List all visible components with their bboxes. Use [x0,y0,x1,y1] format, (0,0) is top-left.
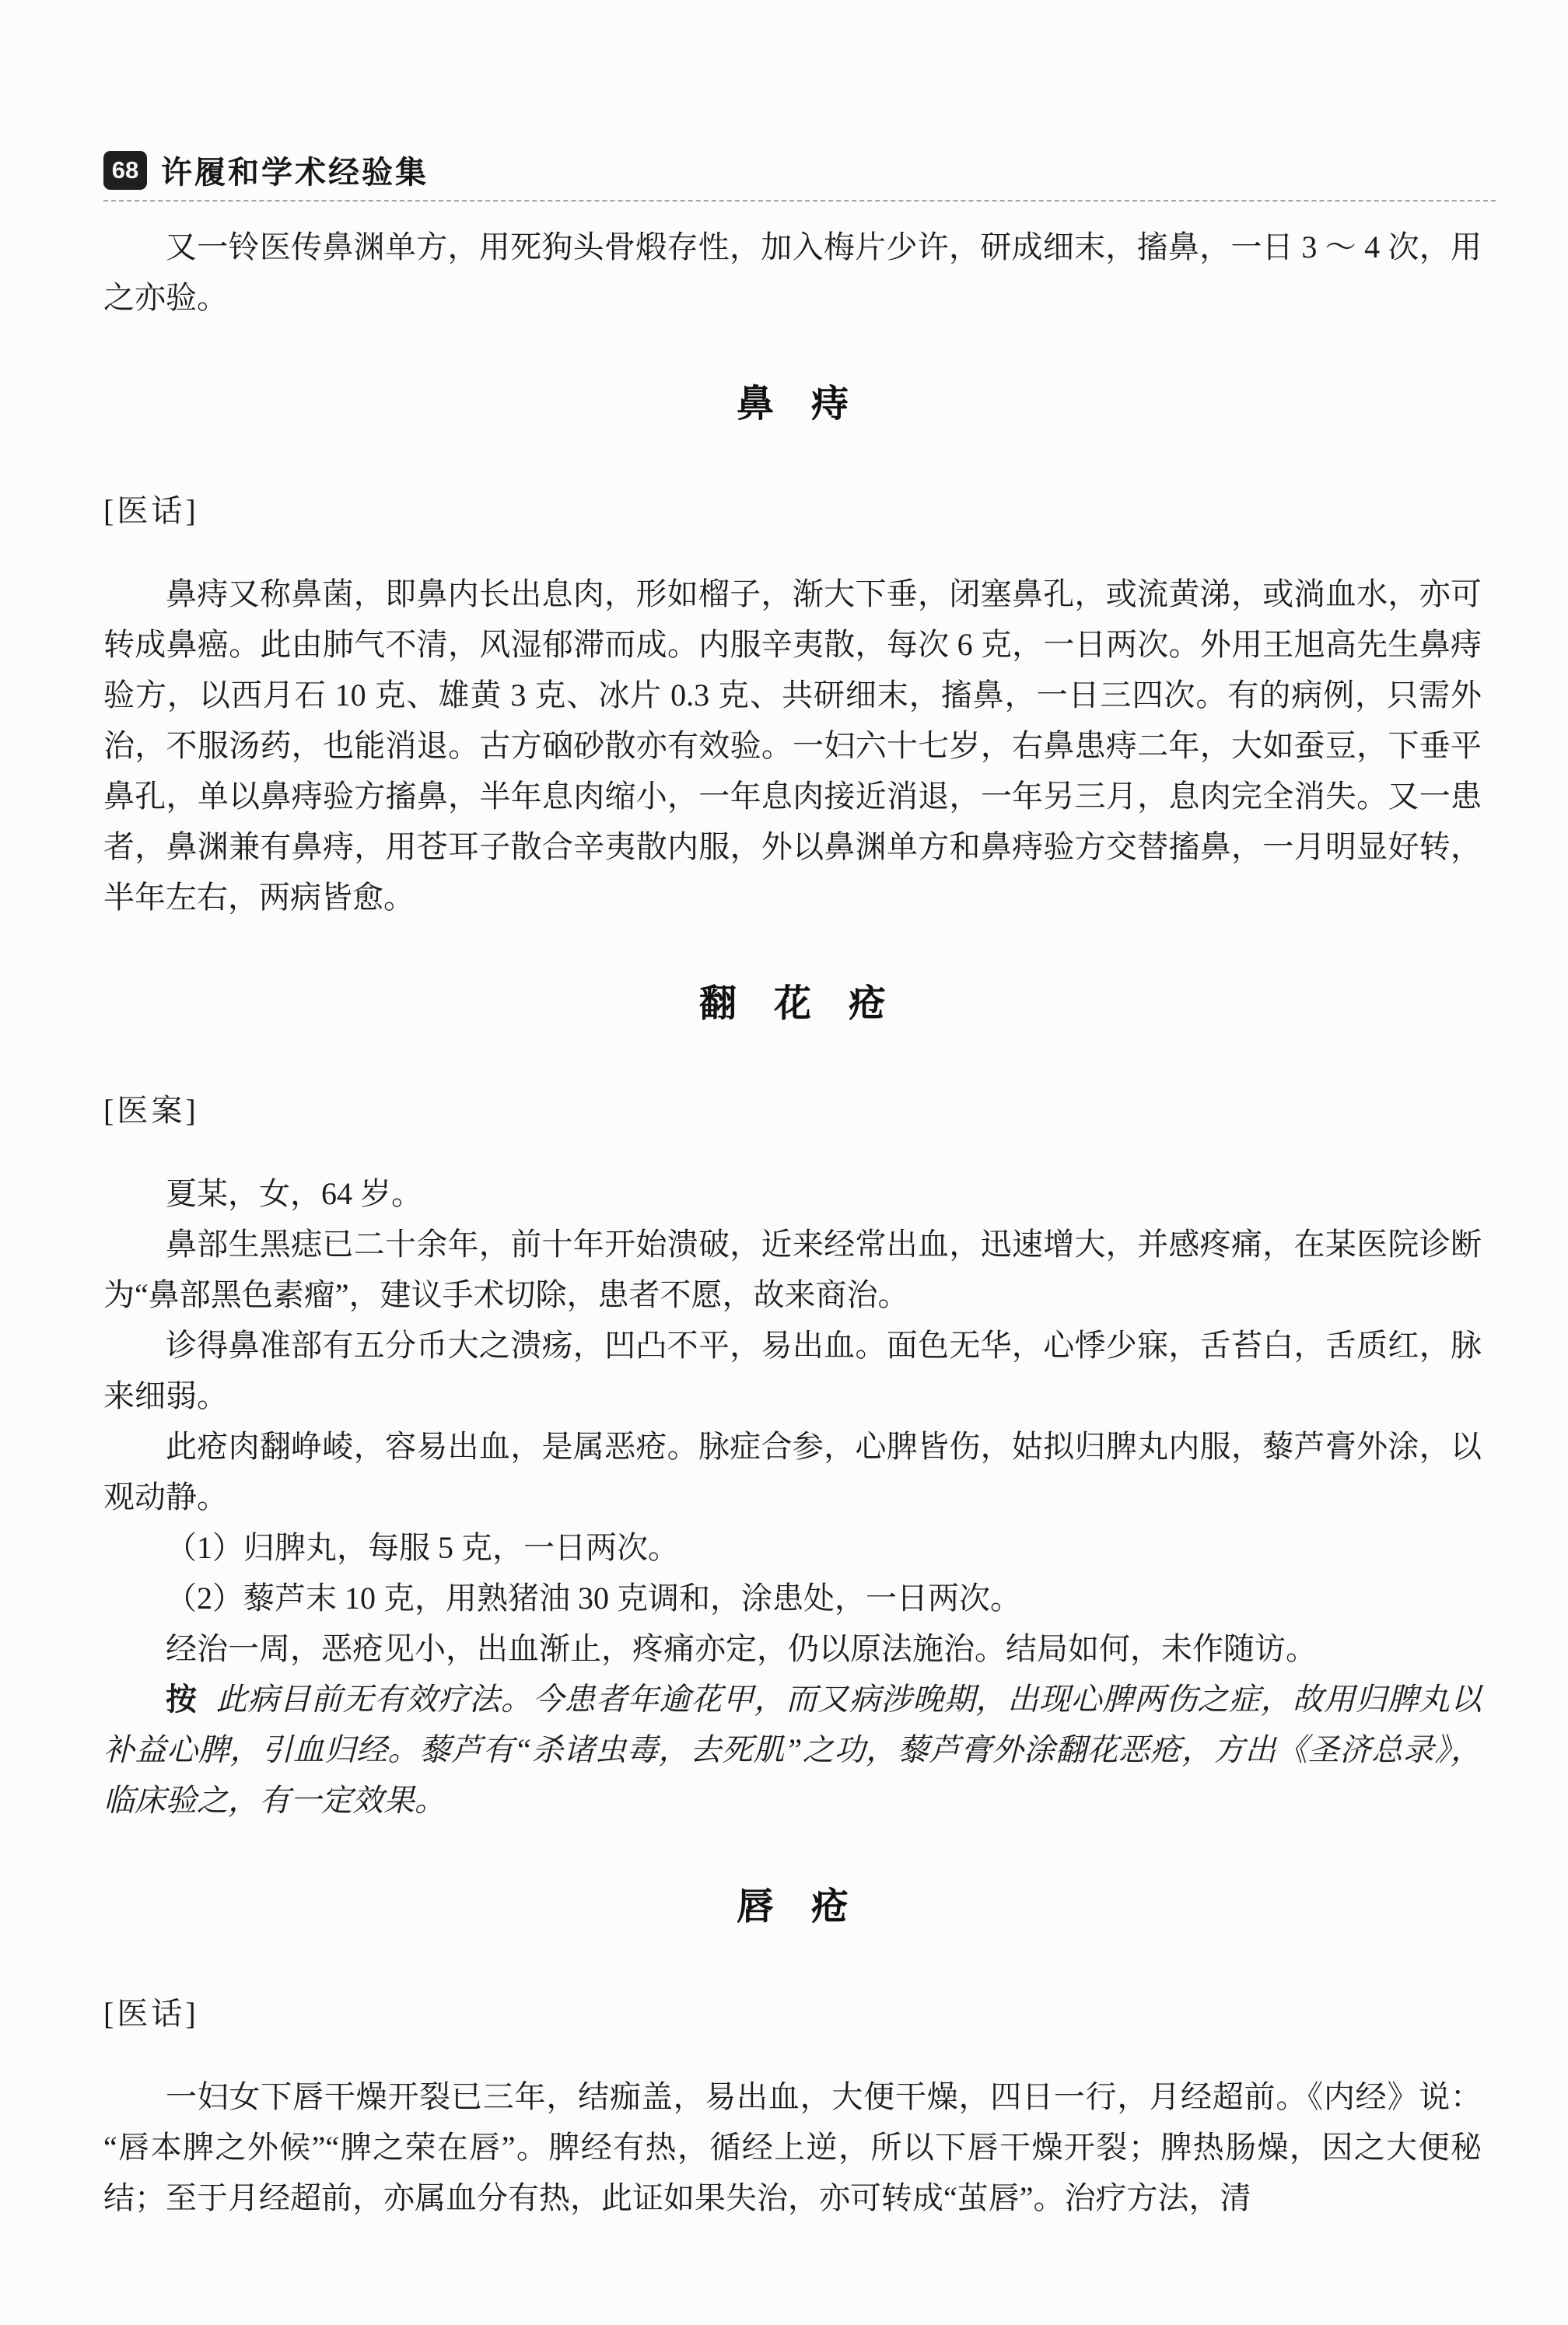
paragraph: 一妇女下唇干燥开裂已三年，结痂盖，易出血，大便干燥，四日一行，月经超前。《内经》… [103,2071,1482,2223]
page-content: 68 许履和学术经验集 又一铃医传鼻渊单方，用死狗头骨煅存性，加入梅片少许，研成… [103,0,1482,2223]
scanned-book-page: 68 许履和学术经验集 又一铃医传鼻渊单方，用死狗头骨煅存性，加入梅片少许，研成… [0,0,1568,2325]
list-item-paragraph: （1）归脾丸，每服 5 克，一日两次。 [103,1522,1482,1573]
section-label-yian: [医案] [103,1092,1482,1129]
page-number-badge: 68 [103,151,147,190]
section-label-yihua-2: [医话] [103,1995,1482,2033]
paragraph: 经治一周，恶疮见小，出血渐止，疼痛亦定，仍以原法施治。结局如何，未作随访。 [103,1623,1482,1674]
note-paragraph: 按此病目前无有效疗法。今患者年逾花甲，而又病涉晚期，出现心脾两伤之症，故用归脾丸… [103,1674,1482,1826]
book-title: 许履和学术经验集 [161,148,429,192]
intro-paragraph: 又一铃医传鼻渊单方，用死狗头骨煅存性，加入梅片少许，研成细末，搐鼻，一日 3 ～… [103,222,1482,323]
paragraph: 鼻部生黑痣已二十余年，前十年开始溃破，近来经常出血，迅速增大，并感疼痛，在某医院… [103,1219,1482,1320]
paragraph: 此疮肉翻峥崚，容易出血，是属恶疮。脉症合参，心脾皆伤，姑拟归脾丸内服，藜芦膏外涂… [103,1421,1482,1522]
note-label: 按 [166,1682,216,1717]
paragraph: 夏某，女，64 岁。 [103,1168,1482,1219]
running-head: 68 许履和学术经验集 [103,148,1482,192]
section-body-bizhi: 鼻痔又称鼻菌，即鼻内长出息肉，形如榴子，渐大下垂，闭塞鼻孔，或流黄涕，或淌血水，… [103,569,1482,923]
section-title-chunchuang: 唇 疮 [103,1885,1482,1930]
header-rule [103,200,1496,201]
section-title-bizhi: 鼻 痔 [103,382,1482,427]
section-body-chunchuang: 一妇女下唇干燥开裂已三年，结痂盖，易出血，大便干燥，四日一行，月经超前。《内经》… [103,2071,1482,2223]
paragraph: 诊得鼻准部有五分币大之溃疡，凹凸不平，易出血。面色无华，心悸少寐，舌苔白，舌质红… [103,1320,1482,1421]
note-text: 此病目前无有效疗法。今患者年逾花甲，而又病涉晚期，出现心脾两伤之症，故用归脾丸以… [103,1682,1482,1818]
section-title-fanhuachuang: 翻 花 疮 [103,982,1482,1027]
list-item-paragraph: （2）藜芦末 10 克，用熟猪油 30 克调和，涂患处，一日两次。 [103,1573,1482,1623]
paragraph: 鼻痔又称鼻菌，即鼻内长出息肉，形如榴子，渐大下垂，闭塞鼻孔，或流黄涕，或淌血水，… [103,569,1482,923]
body-text: 又一铃医传鼻渊单方，用死狗头骨煅存性，加入梅片少许，研成细末，搐鼻，一日 3 ～… [103,222,1482,2223]
section-body-fanhuachuang: 夏某，女，64 岁。 鼻部生黑痣已二十余年，前十年开始溃破，近来经常出血，迅速增… [103,1168,1482,1826]
section-label-yihua-1: [医话] [103,492,1482,530]
